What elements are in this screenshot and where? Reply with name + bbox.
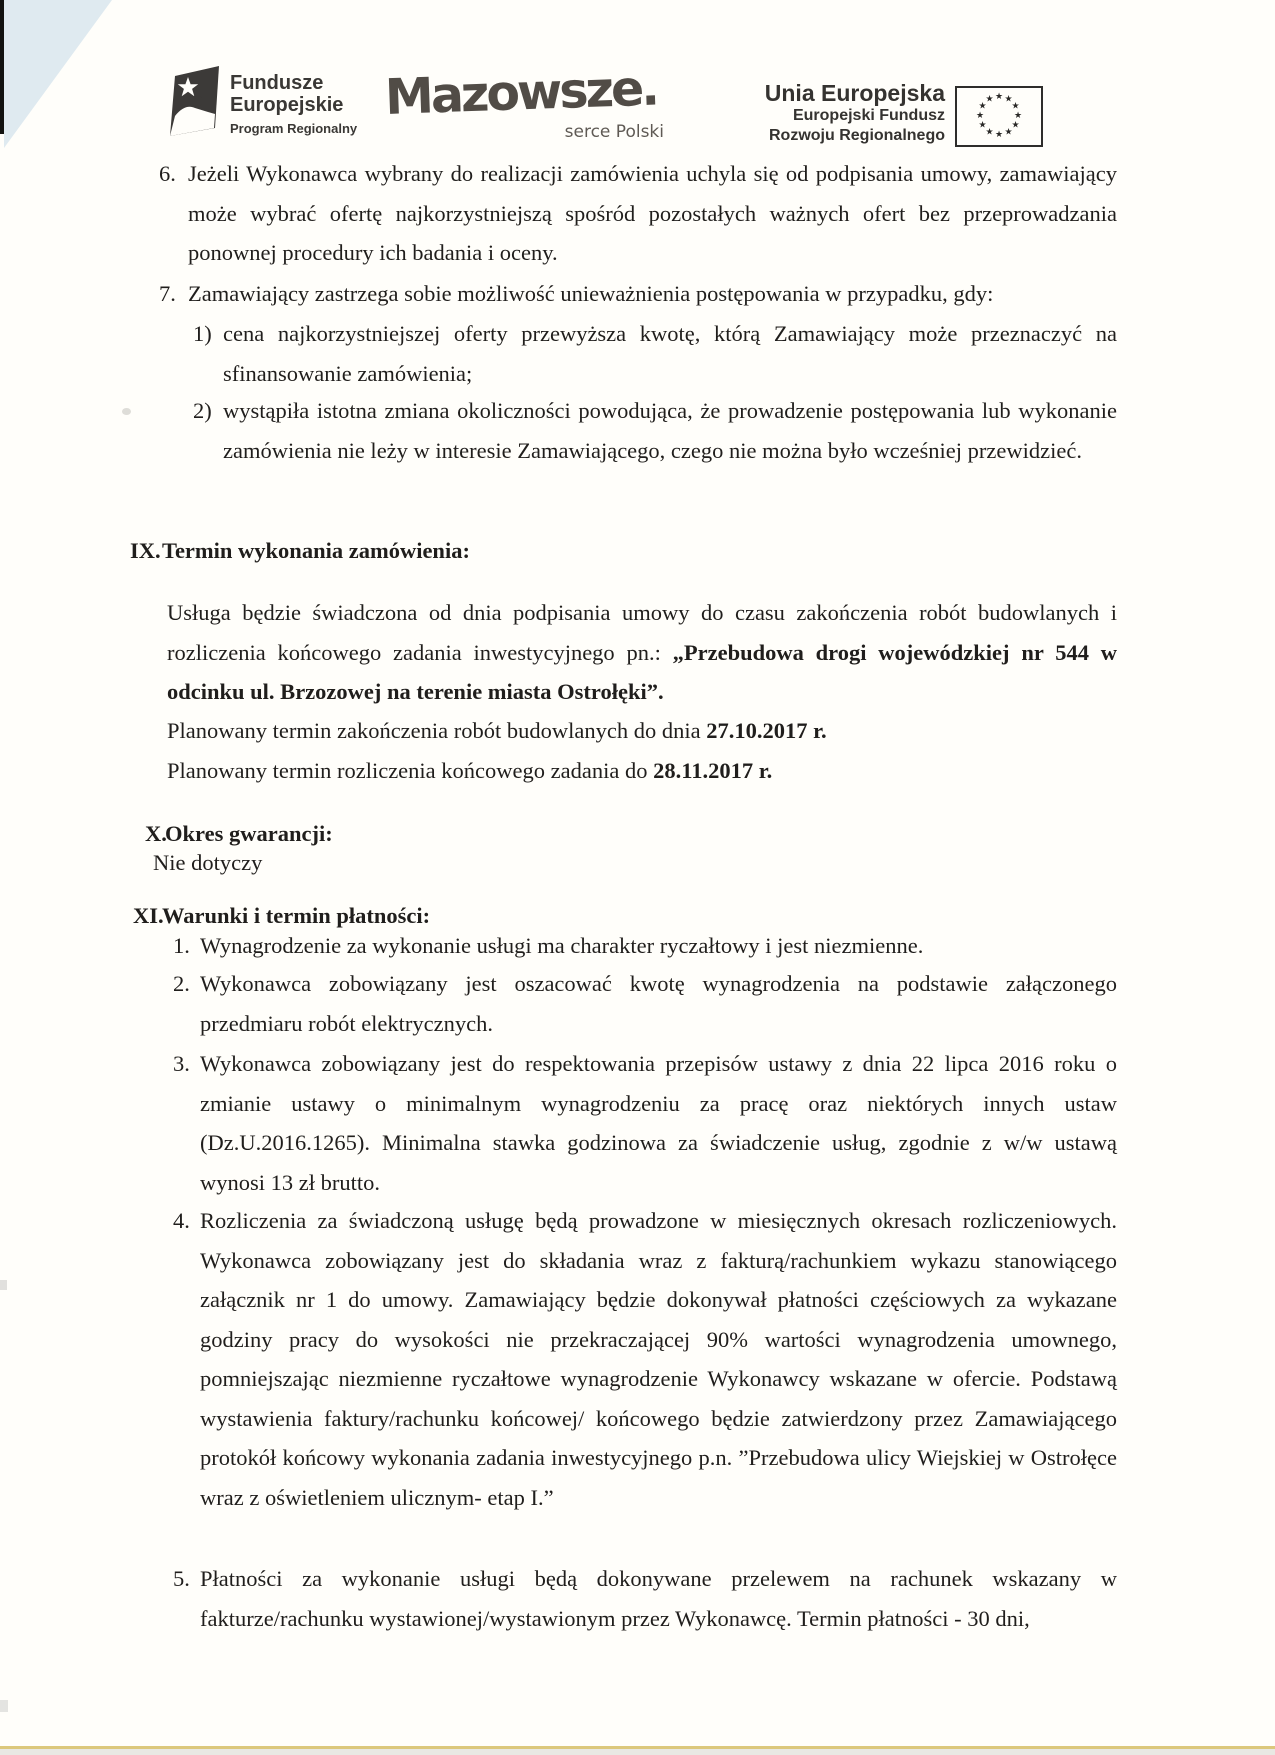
scan-speck <box>122 408 131 415</box>
mazowsze-subtitle: serce Polski <box>385 122 670 142</box>
section-xi-item-4: 4. Rozliczenia za świadczoną usługę będą… <box>200 1201 1117 1517</box>
section-xi-item-4-text: Rozliczenia za świadczoną usługę będą pr… <box>200 1208 1117 1510</box>
eu-flag-icon: ★ ★ ★ ★ ★ ★ ★ ★ ★ ★ ★ ★ <box>955 86 1043 152</box>
list-item-7-sub-1-number: 1) <box>193 314 212 354</box>
list-item-6-number: 6. <box>159 154 176 194</box>
list-item-7-sub-1: 1) cena najkorzystniejszej oferty przewy… <box>223 314 1117 393</box>
svg-text:★: ★ <box>1011 121 1019 131</box>
planned-settlement-line: Planowany termin rozliczenia końcowego z… <box>167 751 1117 791</box>
section-ix-paragraph: Usługa będzie świadczona od dnia podpisa… <box>167 593 1117 712</box>
section-xi-number: XI. <box>133 896 164 936</box>
logo-fundusze-europejskie: Fundusze Europejskie Program Regionalny <box>170 66 357 141</box>
list-item-7-sub-2-text: wystąpiła istotna zmiana okoliczności po… <box>223 398 1117 463</box>
svg-text:★: ★ <box>985 95 993 105</box>
ue-line3: Rozwoju Regionalnego <box>765 126 945 146</box>
planned-settlement-date: 28.11.2017 r. <box>653 758 772 783</box>
logo-unia-europejska: Unia Europejska Europejski Fundusz Rozwo… <box>765 80 945 146</box>
document-page: Fundusze Europejskie Program Regionalny … <box>0 0 1275 1755</box>
fe-line2: Europejskie <box>230 94 357 116</box>
fe-line3: Program Regionalny <box>230 121 357 136</box>
section-xi-item-5: 5. Płatności za wykonanie usługi będą do… <box>200 1559 1117 1638</box>
section-xi-item-3: 3. Wykonawca zobowiązany jest do respekt… <box>200 1044 1117 1202</box>
svg-text:★: ★ <box>985 128 993 138</box>
list-item-7-sub-1-text: cena najkorzystniejszej oferty przewyższ… <box>223 321 1117 386</box>
list-item-6-text: Jeżeli Wykonawca wybrany do realizacji z… <box>188 161 1117 265</box>
section-xi-item-2-text: Wykonawca zobowiązany jest oszacować kwo… <box>200 971 1117 1036</box>
section-x-body: Nie dotyczy <box>153 843 1117 883</box>
ue-line1: Unia Europejska <box>765 80 945 106</box>
section-xi-item-1-text: Wynagrodzenie za wykonanie usługi ma cha… <box>200 933 923 958</box>
svg-text:★: ★ <box>1014 111 1022 121</box>
section-ix-number: IX. <box>130 531 161 571</box>
section-xi-item-1: 1. Wynagrodzenie za wykonanie usługi ma … <box>200 926 1117 966</box>
planned-completion-text: Planowany termin zakończenia robót budow… <box>167 718 706 743</box>
mazowsze-wordmark: Mazowsze. <box>384 61 671 125</box>
list-item-7-number: 7. <box>159 274 176 314</box>
planned-settlement-text: Planowany termin rozliczenia końcowego z… <box>167 758 653 783</box>
section-xi-item-3-text: Wykonawca zobowiązany jest do respektowa… <box>200 1051 1117 1195</box>
scan-speck <box>0 1280 7 1290</box>
svg-text:★: ★ <box>1011 102 1019 112</box>
list-item-6: 6. Jeżeli Wykonawca wybrany do realizacj… <box>188 154 1117 273</box>
section-xi-item-2: 2. Wykonawca zobowiązany jest oszacować … <box>200 964 1117 1043</box>
svg-text:★: ★ <box>995 130 1003 140</box>
planned-completion-date: 27.10.2017 r. <box>706 718 826 743</box>
svg-text:★: ★ <box>1004 128 1012 138</box>
ue-line2: Europejski Fundusz <box>765 106 945 126</box>
fe-line1: Fundusze <box>230 72 357 94</box>
section-xi-item-4-number: 4. <box>173 1201 190 1241</box>
svg-text:★: ★ <box>978 121 986 131</box>
section-x-body-text: Nie dotyczy <box>153 850 262 875</box>
section-xi-item-2-number: 2. <box>173 964 190 1004</box>
svg-text:★: ★ <box>995 92 1003 102</box>
logo-mazowsze: Mazowsze. serce Polski <box>385 66 670 142</box>
section-xi-item-5-text: Płatności za wykonanie usługi będą dokon… <box>200 1566 1117 1631</box>
list-item-7-sub-2-number: 2) <box>193 391 212 431</box>
scan-bottom-edge-strip <box>0 1749 1275 1755</box>
section-ix-heading: IX. Termin wykonania zamówienia: <box>162 531 1117 571</box>
planned-completion-line: Planowany termin zakończenia robót budow… <box>167 711 1117 751</box>
svg-text:★: ★ <box>976 111 984 121</box>
page-corner-fold <box>4 0 112 148</box>
section-ix-title: Termin wykonania zamówienia: <box>162 538 470 563</box>
section-xi-item-5-number: 5. <box>173 1559 190 1599</box>
scan-speck <box>0 1700 8 1712</box>
eu-funds-flag-icon <box>170 66 220 141</box>
list-item-7: 7. Zamawiający zastrzega sobie możliwość… <box>188 274 1117 314</box>
section-xi-item-1-number: 1. <box>173 926 190 966</box>
list-item-7-sub-2: 2) wystąpiła istotna zmiana okoliczności… <box>223 391 1117 470</box>
fundusze-europejskie-wordmark: Fundusze Europejskie Program Regionalny <box>230 66 357 141</box>
list-item-7-text: Zamawiający zastrzega sobie możliwość un… <box>188 281 993 306</box>
section-xi-item-3-number: 3. <box>173 1044 190 1084</box>
section-xi-title: Warunki i termin płatności: <box>162 903 430 928</box>
